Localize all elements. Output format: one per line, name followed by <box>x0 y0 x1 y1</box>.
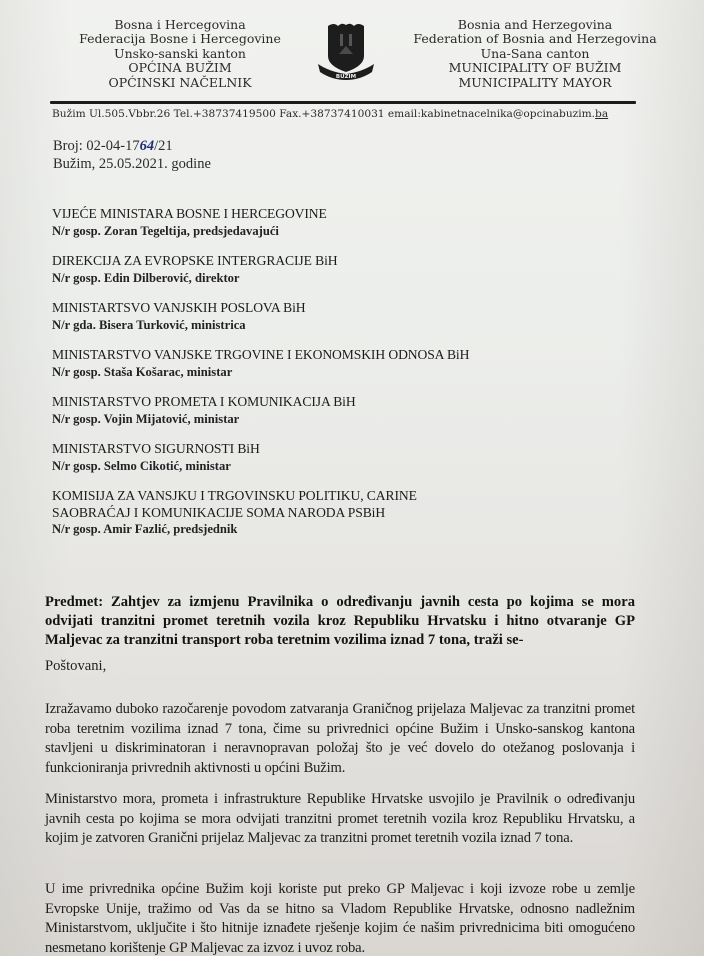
recipient-attn: N/r gosp. Edin Dilberović, direktor <box>52 270 652 287</box>
email-tld: ba <box>595 108 608 120</box>
recipient-org: MINISTARSTVO SIGURNOSTI BiH <box>52 441 652 458</box>
contact-details: Bužim Ul.505.Vbbr.26 Tel.+38737419500 Fa… <box>52 108 421 120</box>
recipient-org: VIJEĆE MINISTARA BOSNE I HERCEGOVINE <box>52 206 652 223</box>
recipient-attn: N/r gosp. Vojin Mijatović, ministar <box>52 411 652 428</box>
recipient: VIJEĆE MINISTARA BOSNE I HERCEGOVINE N/r… <box>52 206 652 239</box>
letterhead-left-line: Bosna i Hercegovina <box>60 18 300 32</box>
letterhead-left-line: OPĆINA BUŽIM <box>60 61 300 75</box>
reference-number-handwritten: 64 <box>140 138 155 154</box>
contact-line: Bužim Ul.505.Vbbr.26 Tel.+38737419500 Fa… <box>52 108 652 120</box>
recipient: MINISTARSTVO SIGURNOSTI BiH N/r gosp. Se… <box>52 441 652 474</box>
letterhead-left-line: OPĆINSKI NAČELNIK <box>60 76 300 90</box>
recipient-attn: N/r gosp. Selmo Cikotić, ministar <box>52 458 652 475</box>
letterhead: Bosna i Hercegovina Federacija Bosne i H… <box>0 0 704 96</box>
letterhead-divider <box>50 101 636 104</box>
recipient-org: MINISTARSTVO VANJSKE TRGOVINE I EKONOMSK… <box>52 347 652 364</box>
reference-number-printed: Broj: 02-04-17 <box>53 138 140 154</box>
letterhead-left: Bosna i Hercegovina Federacija Bosne i H… <box>60 18 300 90</box>
letterhead-right-line: Federation of Bosnia and Herzegovina <box>410 32 660 46</box>
recipients-list: VIJEĆE MINISTARA BOSNE I HERCEGOVINE N/r… <box>52 206 652 552</box>
place-date: Bužim, 25.05.2021. godine <box>53 155 211 173</box>
recipient: KOMISIJA ZA VANSJKU I TRGOVINSKU POLITIK… <box>52 488 652 538</box>
recipient-org: MINISTARTSVO VANJSKIH POSLOVA BiH <box>52 300 652 317</box>
letterhead-right-line: MUNICIPALITY MAYOR <box>410 76 660 90</box>
salutation: Poštovani, <box>45 658 635 675</box>
recipient-org-line2: SAOBRAĆAJ I KOMUNIKACIJE SOMA NARODA PSB… <box>52 505 652 522</box>
letterhead-right-line: MUNICIPALITY OF BUŽIM <box>410 61 660 75</box>
municipal-coat-of-arms-icon: BUŽIM <box>314 20 378 80</box>
recipient-org: KOMISIJA ZA VANSJKU I TRGOVINSKU POLITIK… <box>52 488 652 505</box>
recipient-org: MINISTARSTVO PROMETA I KOMUNIKACIJA BiH <box>52 394 652 411</box>
recipient-attn: N/r gosp. Staša Košarac, ministar <box>52 364 652 381</box>
recipient-attn: N/r gosp. Amir Fazlić, predsjednik <box>52 521 652 538</box>
letterhead-right-line: Una-Sana canton <box>410 47 660 61</box>
recipient: MINISTARTSVO VANJSKIH POSLOVA BiH N/r gd… <box>52 300 652 333</box>
crest-ribbon-text: BUŽIM <box>336 72 356 80</box>
body-paragraph: Izražavamo duboko razočarenje povodom za… <box>45 700 635 778</box>
recipient-attn: N/r gda. Bisera Turković, ministrica <box>52 317 652 334</box>
recipient: DIREKCIJA ZA EVROPSKE INTERGRACIJE BiH N… <box>52 253 652 286</box>
recipient: MINISTARSTVO VANJSKE TRGOVINE I EKONOMSK… <box>52 347 652 380</box>
recipient-attn: N/r gosp. Zoran Tegeltija, predsjedavaju… <box>52 223 652 240</box>
recipient-org: DIREKCIJA ZA EVROPSKE INTERGRACIJE BiH <box>52 253 652 270</box>
email-address: kabinetnacelnika@opcinabuzim. <box>421 108 595 120</box>
letterhead-right-line: Bosnia and Herzegovina <box>410 18 660 32</box>
body-paragraph: U ime privrednika općine Bužim koji kori… <box>45 880 635 956</box>
letterhead-left-line: Federacija Bosne i Hercegovine <box>60 32 300 46</box>
reference-number-suffix: /21 <box>154 138 173 154</box>
subject-line: Predmet: Zahtjev za izmjenu Pravilnika o… <box>45 593 635 650</box>
recipient: MINISTARSTVO PROMETA I KOMUNIKACIJA BiH … <box>52 394 652 427</box>
reference-number: Broj: 02-04-1764/21 <box>53 137 211 155</box>
reference-block: Broj: 02-04-1764/21 Bužim, 25.05.2021. g… <box>53 137 211 173</box>
body-paragraph: Ministarstvo mora, prometa i infrastrukt… <box>45 790 635 849</box>
letterhead-right: Bosnia and Herzegovina Federation of Bos… <box>410 18 660 90</box>
